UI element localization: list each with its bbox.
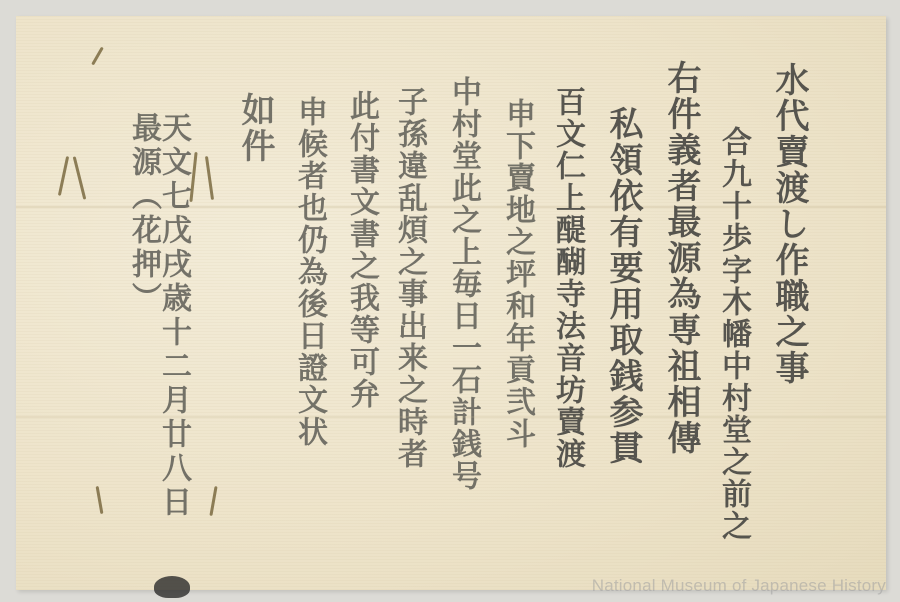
- text-column-1: 水代賣渡し作職之事: [772, 62, 806, 386]
- document-paper: 水代賣渡し作職之事 合九十歩字木幡中村堂之前之 右件義者最源為専祖相傳 私領依有…: [16, 16, 886, 590]
- signature-kao-mark: [154, 576, 190, 598]
- text-column-9: 此付書文書之我等可弁: [346, 90, 376, 410]
- wormhole-damage: [73, 156, 87, 199]
- text-column-3: 右件義者最源為専祖相傳: [664, 60, 698, 456]
- wormhole-damage: [96, 486, 104, 514]
- wormhole-damage: [91, 47, 104, 66]
- date-signature-column: 天文七戊戌歳十二月廿八日 最源（花押）: [128, 112, 188, 590]
- wormhole-damage: [58, 156, 69, 196]
- wormhole-damage: [209, 486, 217, 516]
- text-column-8: 子孫違乱煩之事出来之時者: [394, 86, 424, 470]
- text-column-11: 如件: [238, 92, 272, 164]
- text-column-4: 私領依有要用取銭参貫: [606, 106, 640, 466]
- text-column-2: 合九十歩字木幡中村堂之前之: [718, 126, 748, 542]
- text-column-7: 中村堂此之上毎日一石計銭号: [448, 76, 478, 492]
- text-column-6: 申下賣地之坪和年貢弐斗: [502, 98, 532, 450]
- text-column-10: 申候者也仍為後日證文状: [294, 96, 324, 448]
- text-column-5: 百文仁上醍醐寺法音坊賣渡: [552, 86, 582, 470]
- wormhole-damage: [205, 156, 214, 200]
- museum-watermark: National Museum of Japanese History: [592, 576, 886, 596]
